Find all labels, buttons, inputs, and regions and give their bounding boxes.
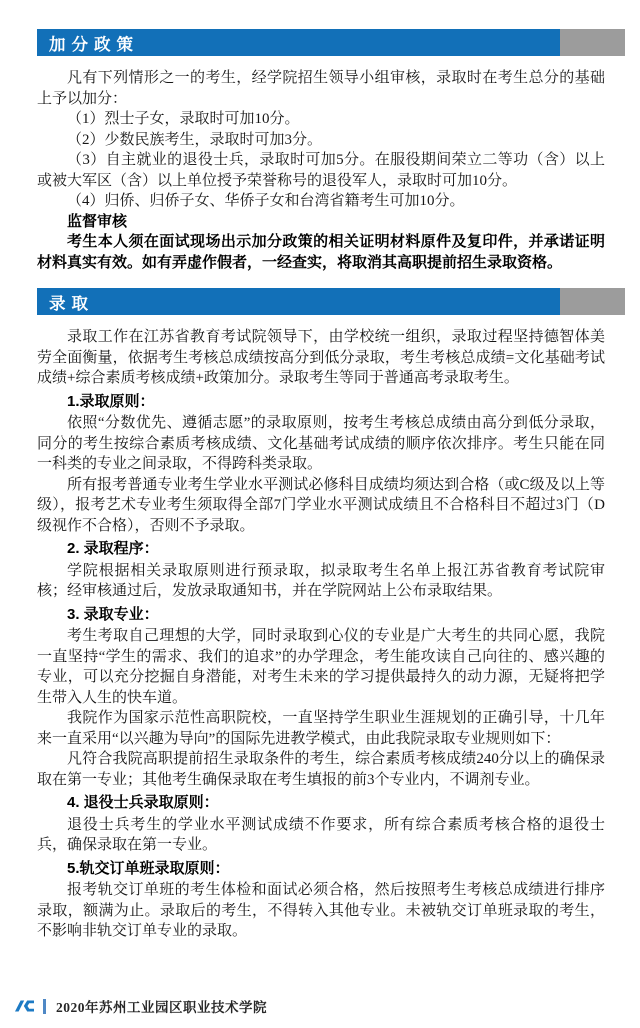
paragraph-admission-intro: 录取工作在江苏省教育考试院领导下，由学校统一组织，录取过程坚持德智体美劳全面衡量…	[37, 327, 605, 389]
paragraph-supervision-note: 考生本人须在面试现场出示加分政策的相关证明材料原件及复印件，并承诺证明材料真实有…	[37, 232, 605, 273]
section-title: 加分政策	[49, 31, 139, 55]
page-content: 加分政策 凡有下列情形之一的考生，经学院招生领导小组审核，录取时在考生总分的基础…	[37, 29, 605, 942]
section-body: 录取工作在江苏省教育考试院领导下，由学校统一组织，录取过程坚持德智体美劳全面衡量…	[37, 327, 605, 942]
section-header-gray-accent	[560, 288, 625, 315]
section-header-gray-accent	[560, 29, 625, 56]
page-footer: 2020年苏州工业园区职业技术学院	[15, 996, 267, 1016]
section-title: 录取	[49, 290, 94, 314]
college-logo-icon	[15, 998, 34, 1014]
subsection-heading-veterans: 4. 退役士兵录取原则：	[37, 793, 605, 814]
paragraph: 退役士兵考生的学业水平测试成绩不作要求，所有综合素质考核合格的退役士兵，确保录取…	[37, 815, 605, 856]
subheading-supervision: 监督审核	[37, 212, 605, 233]
section-bonus-policy: 加分政策 凡有下列情形之一的考生，经学院招生领导小组审核，录取时在考生总分的基础…	[37, 29, 605, 273]
section-body: 凡有下列情形之一的考生，经学院招生领导小组审核，录取时在考生总分的基础上予以加分…	[37, 68, 605, 273]
paragraph: 学院根据相关录取原则进行预录取，拟录取考生名单上报江苏省教育考试院审核；经审核通…	[37, 561, 605, 602]
subsection-heading-principles: 1.录取原则：	[37, 392, 605, 413]
list-item-2: （2）少数民族考生，录取时可加3分。	[37, 130, 605, 151]
section-header-admission: 录取	[37, 288, 625, 315]
subsection-heading-procedure: 2. 录取程序：	[37, 539, 605, 560]
section-admission: 录取 录取工作在江苏省教育考试院领导下，由学校统一组织，录取过程坚持德智体美劳全…	[37, 288, 605, 942]
list-item-4: （4）归侨、归侨子女、华侨子女和台湾省籍考生可加10分。	[37, 191, 605, 212]
list-item-1: （1）烈士子女，录取时可加10分。	[37, 109, 605, 130]
section-header-bonus-policy: 加分政策	[37, 29, 625, 56]
paragraph: 依照“分数优先、遵循志愿”的录取原则，按考生考核总成绩由高分到低分录取，同分的考…	[37, 413, 605, 475]
footer-school-name: 2020年苏州工业园区职业技术学院	[56, 996, 267, 1016]
footer-divider	[43, 999, 46, 1014]
paragraph: 所有报考普通专业考生学业水平测试必修科目成绩均须达到合格（或C级及以上等级），报…	[37, 475, 605, 537]
section-header-blue-bar: 录取	[37, 288, 560, 315]
paragraph: 凡符合我院高职提前招生录取条件的考生，综合素质考核成绩240分以上的确保录取在第…	[37, 749, 605, 790]
section-header-blue-bar: 加分政策	[37, 29, 560, 56]
list-item-3: （3）自主就业的退役士兵，录取时可加5分。在服役期间荣立二等功（含）以上或被大军…	[37, 150, 605, 191]
paragraph: 报考轨交订单班的考生体检和面试必须合格，然后按照考生考核总成绩进行排序录取，额满…	[37, 880, 605, 942]
paragraph: 凡有下列情形之一的考生，经学院招生领导小组审核，录取时在考生总分的基础上予以加分…	[37, 68, 605, 109]
subsection-heading-majors: 3. 录取专业：	[37, 605, 605, 626]
paragraph: 我院作为国家示范性高职院校，一直坚持学生职业生涯规划的正确引导，十几年来一直采用…	[37, 708, 605, 749]
document-page: 加分政策 凡有下列情形之一的考生，经学院招生领导小组审核，录取时在考生总分的基础…	[0, 0, 640, 1028]
subsection-heading-rail-class: 5.轨交订单班录取原则：	[37, 859, 605, 880]
paragraph: 考生考取自己理想的大学，同时录取到心仪的专业是广大考生的共同心愿，我院一直坚持“…	[37, 626, 605, 708]
